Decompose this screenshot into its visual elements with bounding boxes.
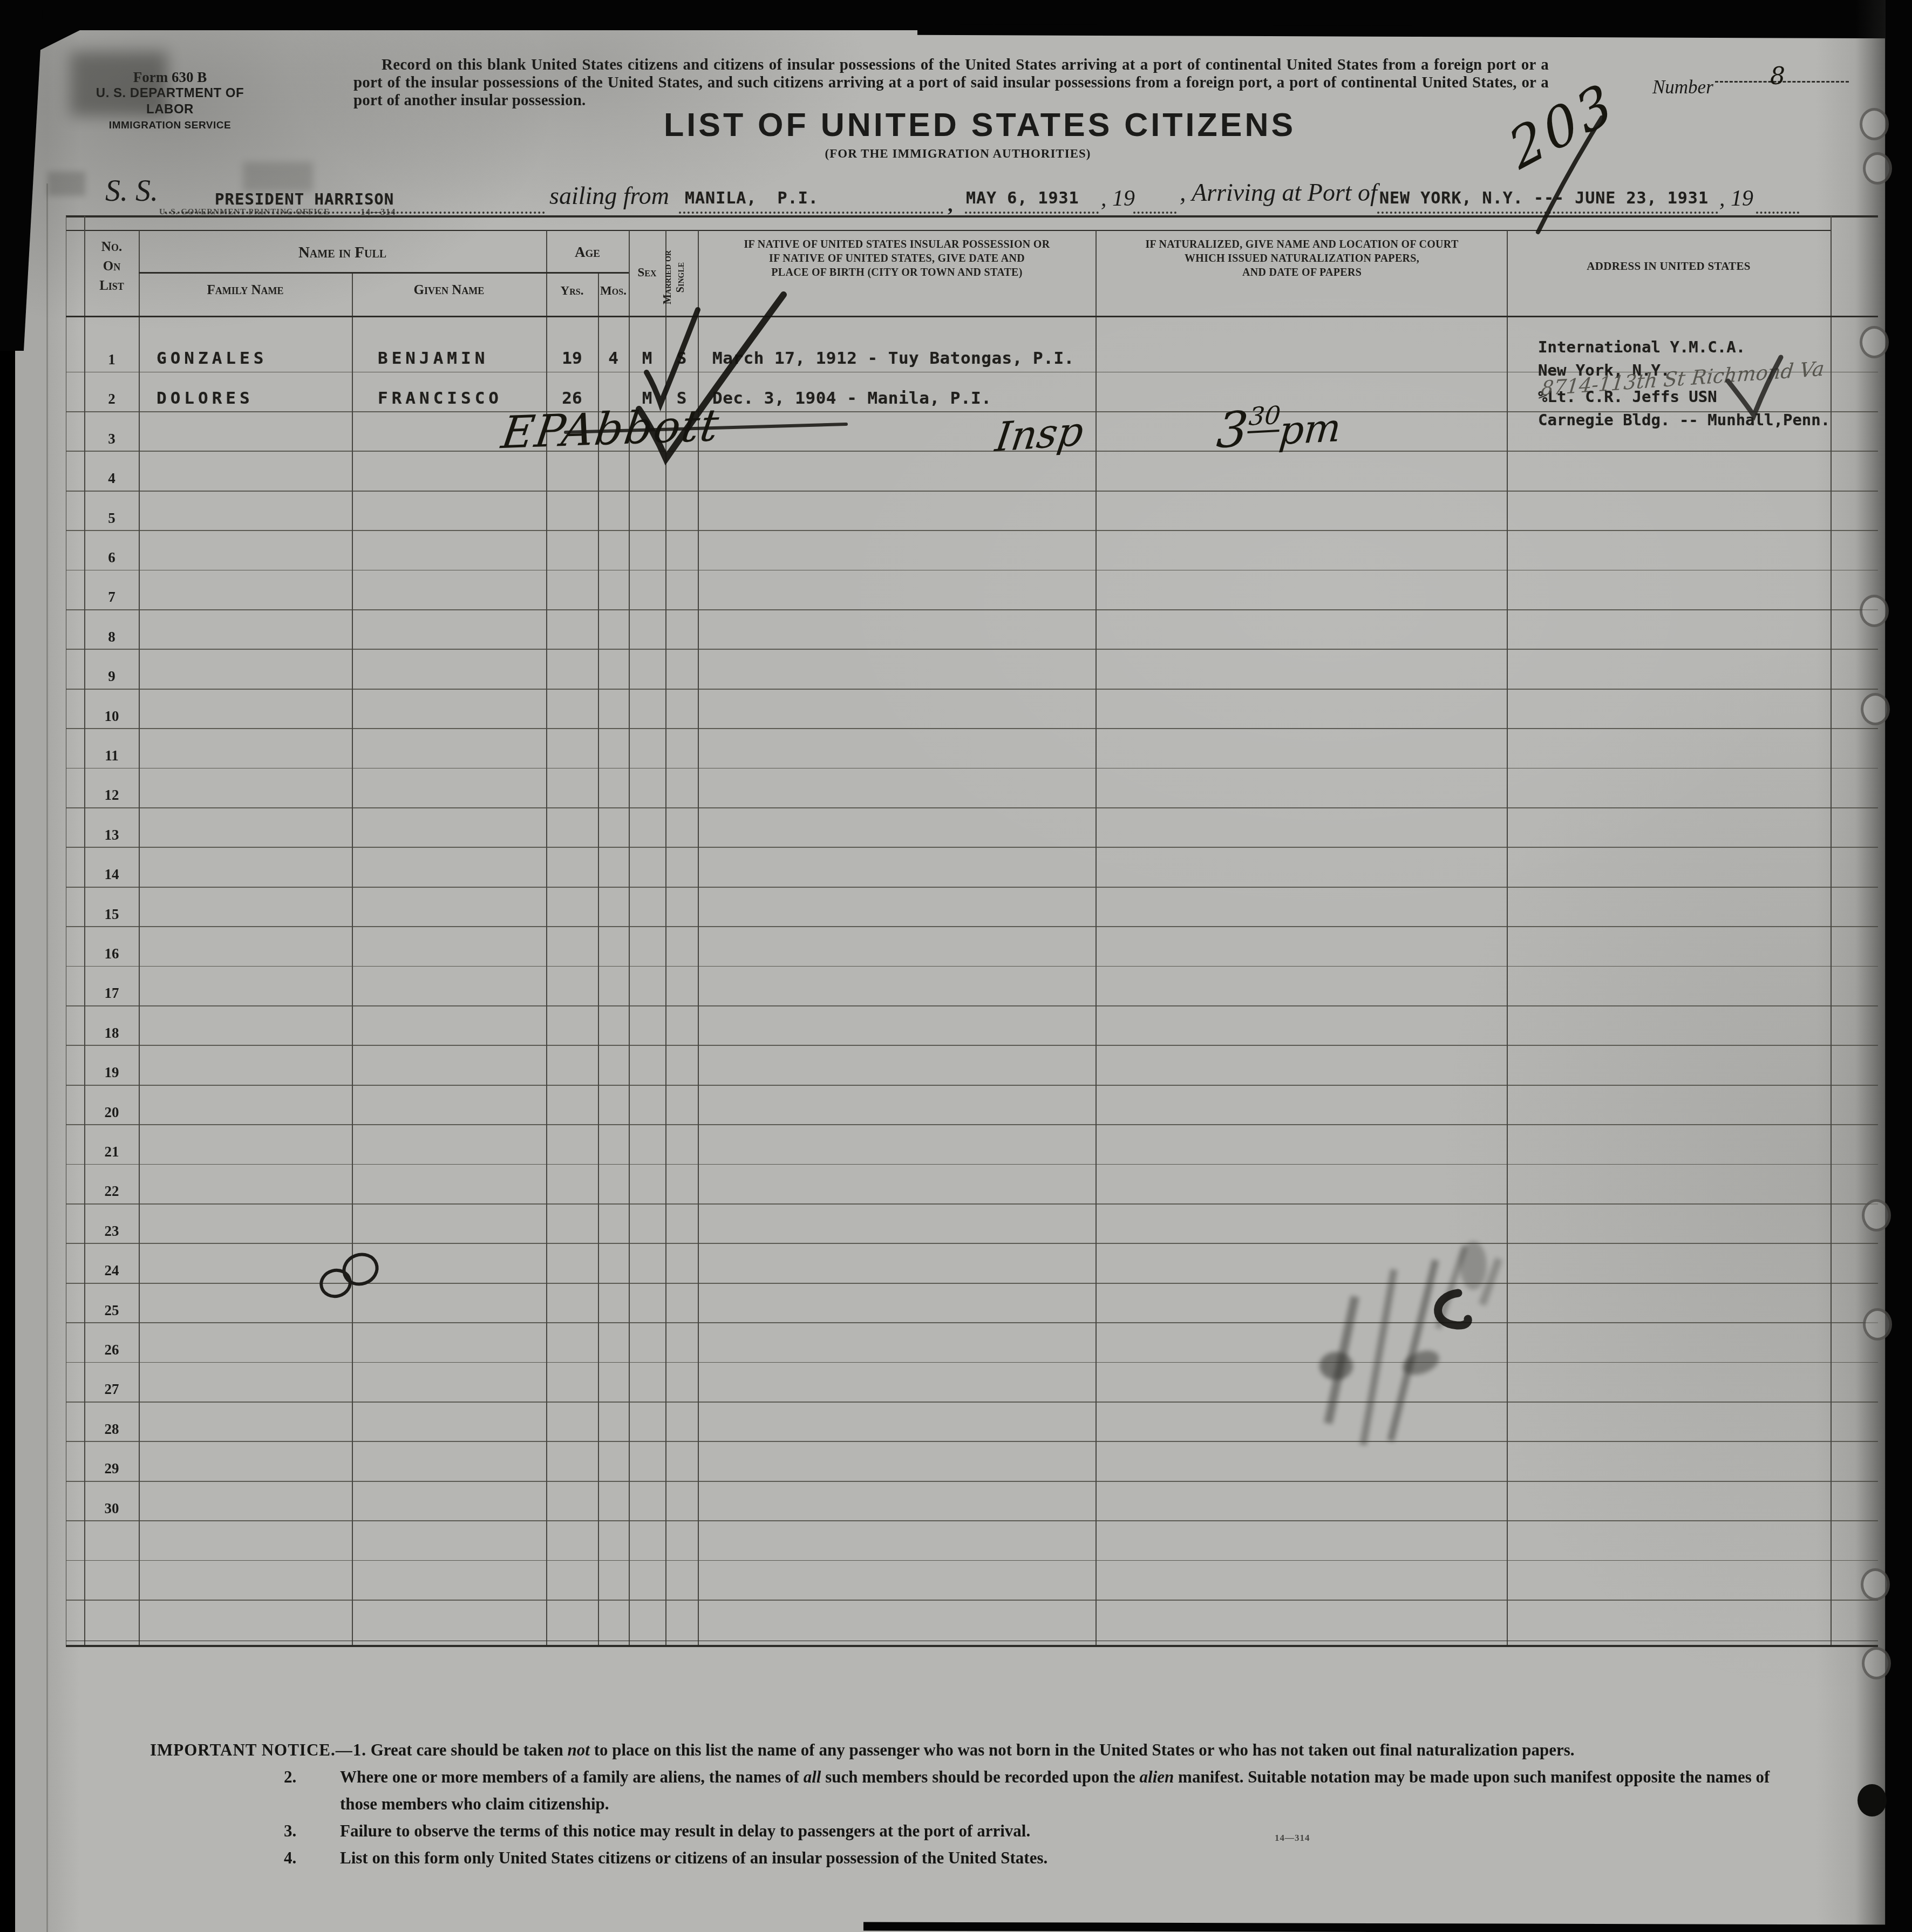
form-subtitle: (FOR THE IMMIGRATION AUTHORITIES) <box>664 147 1252 161</box>
row-number: 30 <box>85 1499 139 1518</box>
sailing-date: MAY 6, 1931 <box>966 189 1079 208</box>
row-number: 16 <box>85 944 139 963</box>
paper-fold-line <box>46 183 48 1932</box>
col-divider-yrs-mos <box>598 273 599 1645</box>
print-code-bottom: 14—314 <box>1275 1833 1310 1843</box>
birth-date-place: Dec. 3, 1904 - Manila, P.I. <box>712 389 991 408</box>
punch-hole <box>1861 1568 1890 1601</box>
row-number: 18 <box>85 1023 139 1043</box>
table-right-border <box>1831 216 1832 1646</box>
notice-line-1: IMPORTANT NOTICE.—1. Great care should b… <box>150 1737 1785 1764</box>
table-bottom-border <box>66 1645 1878 1647</box>
header-mos: Mos. <box>598 284 629 298</box>
punch-hole <box>1860 326 1889 358</box>
arriving-label: , Arriving at Port of <box>1180 178 1377 207</box>
header-address: ADDRESS IN UNITED STATES <box>1507 259 1831 273</box>
number-label: Number <box>1652 77 1713 98</box>
family-name: GONZALES <box>157 349 267 368</box>
col-divider-family-given <box>352 273 353 1645</box>
header-yrs: Yrs. <box>546 284 598 298</box>
col-divider-no <box>139 230 140 1645</box>
punch-hole <box>1862 1199 1891 1232</box>
married-or-single: S <box>665 349 698 368</box>
given-name: BENJAMIN <box>378 349 488 368</box>
family-name: DOLORES <box>157 389 254 408</box>
row-number: 15 <box>85 904 139 924</box>
row-number: 4 <box>85 468 139 488</box>
sailing-date-line <box>965 212 1099 214</box>
row-number: 27 <box>85 1379 139 1399</box>
header-split-line <box>139 272 629 274</box>
ss-label: S. S. <box>105 174 158 208</box>
print-code-top: 14—314 <box>360 207 396 217</box>
scanned-document: Form 630 B U. S. DEPARTMENT OF LABOR IMM… <box>0 0 1912 1932</box>
sailing-from-label: sailing from <box>549 181 669 210</box>
row-number: 7 <box>85 587 139 607</box>
row-number: 11 <box>85 746 139 765</box>
notice-line-3: 3.Failure to observe the terms of this n… <box>312 1818 1785 1845</box>
scan-shadow <box>70 51 167 116</box>
row-number: 3 <box>85 429 139 448</box>
row-number: 8 <box>85 627 139 647</box>
inspection-time: 330pm <box>1215 396 1344 460</box>
header-bottom-line <box>66 316 1878 317</box>
header-married-or-single: Married or Single <box>661 207 687 348</box>
header-no-on-list: No. On List <box>85 237 139 296</box>
year-blank-2: , 19 <box>1719 186 1753 212</box>
row-number: 9 <box>85 666 139 686</box>
important-notice: IMPORTANT NOTICE.—1. Great care should b… <box>150 1737 1785 1872</box>
punch-hole-dark <box>1857 1784 1887 1817</box>
birth-date-place: March 17, 1912 - Tuy Batongas, P.I. <box>712 349 1074 368</box>
punch-hole <box>1863 152 1892 185</box>
ship-name: PRESIDENT HARRISON <box>215 190 394 208</box>
row-number: 5 <box>85 508 139 528</box>
row-number: 23 <box>85 1221 139 1241</box>
row-number: 2 <box>85 389 139 409</box>
punch-hole <box>1862 1647 1891 1679</box>
row-number: 29 <box>85 1459 139 1478</box>
row-number: 26 <box>85 1340 139 1359</box>
table-bottom-inner-line <box>66 1641 1878 1641</box>
row-number: 20 <box>85 1103 139 1122</box>
time-hour: 3 <box>1215 401 1250 460</box>
row-number: 24 <box>85 1261 139 1280</box>
header-name-in-full: Name in Full <box>139 244 546 262</box>
punch-hole <box>1860 108 1889 140</box>
age-yrs: 19 <box>546 349 598 368</box>
punch-hole <box>1863 1308 1892 1341</box>
notice-line-4: 4.List on this form only United States c… <box>312 1845 1785 1872</box>
year-line-2 <box>1756 212 1799 214</box>
number-value-handwritten: 8 <box>1770 63 1785 90</box>
col-divider-naturalized-address <box>1507 230 1508 1645</box>
col-divider-birth-naturalized <box>1096 230 1097 1645</box>
age-mos: 4 <box>598 349 629 368</box>
form-instructions: Record on this blank United States citiz… <box>353 56 1549 110</box>
row-number: 14 <box>85 865 139 884</box>
row-number: 13 <box>85 825 139 845</box>
pencil-smudge <box>47 172 85 196</box>
paper-edge-shadow <box>1855 0 1886 1932</box>
departure-line <box>679 212 943 214</box>
row-number: 17 <box>85 983 139 1003</box>
header-family-name: Family Name <box>139 283 352 298</box>
notice-heading: IMPORTANT NOTICE.—1. <box>150 1740 366 1759</box>
header-birth: IF NATIVE OF UNITED STATES INSULAR POSSE… <box>702 237 1092 280</box>
table-header-top-line <box>66 230 1832 231</box>
year-blank-1: , 19 <box>1101 186 1135 212</box>
service-name: IMMIGRATION SERVICE <box>81 118 259 134</box>
time-minutes-superscript: 30 <box>1248 400 1282 433</box>
row-number: 25 <box>85 1301 139 1320</box>
arrival-port-and-date: NEW YORK, N.Y. --- JUNE 23, 1931 <box>1379 189 1709 208</box>
row-number: 1 <box>85 350 139 369</box>
row-number: 6 <box>85 548 139 567</box>
inspector-title: Insp <box>992 408 1086 461</box>
header-sex: Sex <box>629 266 665 280</box>
row-number: 12 <box>85 785 139 805</box>
pencil-smudge <box>243 162 313 192</box>
inspector-signature: EPAbbott <box>498 400 723 459</box>
table-top-border <box>66 215 1878 217</box>
sex: M <box>629 349 665 368</box>
notice-line-2: 2.Where one or more members of a family … <box>312 1764 1785 1818</box>
punch-hole <box>1861 693 1890 725</box>
row-number: 22 <box>85 1181 139 1201</box>
header-given-name: Given Name <box>352 283 546 298</box>
table-left-outer-line <box>66 216 66 1646</box>
given-name: FRANCISCO <box>378 389 502 408</box>
header-age: Age <box>546 244 629 261</box>
scan-edge-right <box>1885 0 1912 1932</box>
port-of-departure: MANILA, P.I. <box>685 189 819 208</box>
comma-1: , <box>948 193 953 217</box>
time-suffix: pm <box>1277 405 1343 453</box>
punch-hole <box>1860 595 1889 627</box>
ruled-lines <box>66 333 1878 1602</box>
print-office-note: U. S. GOVERNMENT PRINTING OFFICE <box>159 208 330 217</box>
year-line-1 <box>1133 212 1176 214</box>
header-naturalized: IF NATURALIZED, GIVE NAME AND LOCATION O… <box>1101 237 1503 280</box>
row-number: 21 <box>85 1142 139 1161</box>
row-number: 10 <box>85 706 139 726</box>
row-number: 19 <box>85 1063 139 1082</box>
form-title: LIST OF UNITED STATES CITIZENS <box>664 106 1252 144</box>
row-number: 28 <box>85 1419 139 1439</box>
arrival-line <box>1377 212 1718 214</box>
